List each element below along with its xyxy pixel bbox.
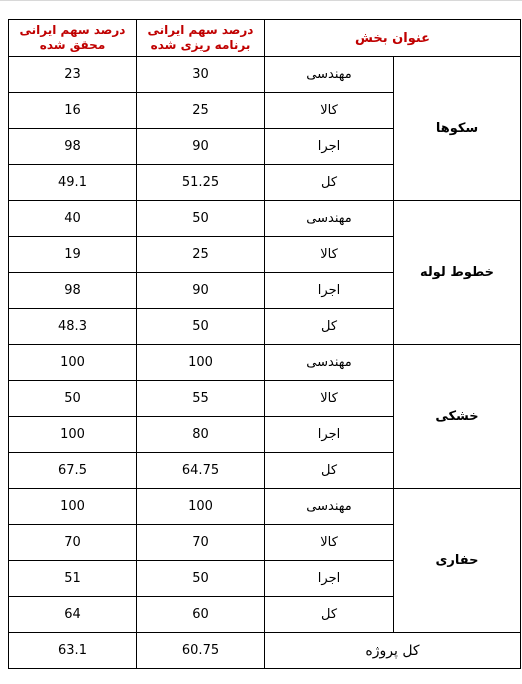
planned-cell: 70 (137, 525, 265, 561)
planned-cell: 100 (137, 345, 265, 381)
actual-cell: 98 (9, 273, 137, 309)
table-row: 40 50 مهندسی خطوط لوله (9, 201, 521, 237)
total-planned-cell: 60.75 (137, 633, 265, 669)
item-cell: کل (265, 309, 394, 345)
top-divider (0, 0, 522, 1)
planned-cell: 80 (137, 417, 265, 453)
item-cell: کالا (265, 93, 394, 129)
table-row: 23 30 مهندسی سکوها (9, 57, 521, 93)
planned-cell: 25 (137, 93, 265, 129)
actual-cell: 98 (9, 129, 137, 165)
header-actual-line2: محقق شده (9, 38, 136, 53)
item-cell: اجرا (265, 129, 394, 165)
item-cell: کل (265, 165, 394, 201)
header-planned-line1: درصد سهم ایرانی (137, 23, 264, 38)
header-actual-line1: درصد سهم ایرانی (9, 23, 136, 38)
header-planned: درصد سهم ایرانی برنامه ریزی شده (137, 20, 265, 57)
actual-cell: 50 (9, 381, 137, 417)
table-row: 100 100 مهندسی حفاری (9, 489, 521, 525)
planned-cell: 25 (137, 237, 265, 273)
actual-cell: 16 (9, 93, 137, 129)
group-cell: خشکی (394, 345, 521, 489)
item-cell: کالا (265, 525, 394, 561)
actual-cell: 48.3 (9, 309, 137, 345)
planned-cell: 30 (137, 57, 265, 93)
group-cell: خطوط لوله (394, 201, 521, 345)
actual-cell: 64 (9, 597, 137, 633)
actual-cell: 67.5 (9, 453, 137, 489)
group-cell: حفاری (394, 489, 521, 633)
total-actual-cell: 63.1 (9, 633, 137, 669)
planned-cell: 64.75 (137, 453, 265, 489)
actual-cell: 100 (9, 345, 137, 381)
actual-cell: 70 (9, 525, 137, 561)
total-row: 63.1 60.75 کل پروژه (9, 633, 521, 669)
actual-cell: 40 (9, 201, 137, 237)
table-row: 100 100 مهندسی خشکی (9, 345, 521, 381)
total-label-cell: کل پروژه (265, 633, 521, 669)
item-cell: کالا (265, 237, 394, 273)
header-row: درصد سهم ایرانی محقق شده درصد سهم ایرانی… (9, 20, 521, 57)
planned-cell: 60 (137, 597, 265, 633)
item-cell: مهندسی (265, 57, 394, 93)
actual-cell: 100 (9, 489, 137, 525)
group-cell: سکوها (394, 57, 521, 201)
planned-cell: 50 (137, 201, 265, 237)
actual-cell: 19 (9, 237, 137, 273)
actual-cell: 49.1 (9, 165, 137, 201)
planned-cell: 55 (137, 381, 265, 417)
item-cell: مهندسی (265, 345, 394, 381)
planned-cell: 100 (137, 489, 265, 525)
planned-cell: 51.25 (137, 165, 265, 201)
item-cell: کالا (265, 381, 394, 417)
iranian-share-table: درصد سهم ایرانی محقق شده درصد سهم ایرانی… (8, 19, 521, 669)
actual-cell: 51 (9, 561, 137, 597)
planned-cell: 50 (137, 561, 265, 597)
item-cell: اجرا (265, 417, 394, 453)
item-cell: اجرا (265, 561, 394, 597)
planned-cell: 90 (137, 273, 265, 309)
header-planned-line2: برنامه ریزی شده (137, 38, 264, 53)
actual-cell: 23 (9, 57, 137, 93)
header-section: عنوان بخش (265, 20, 521, 57)
item-cell: کل (265, 453, 394, 489)
planned-cell: 90 (137, 129, 265, 165)
item-cell: مهندسی (265, 489, 394, 525)
item-cell: کل (265, 597, 394, 633)
actual-cell: 100 (9, 417, 137, 453)
header-actual: درصد سهم ایرانی محقق شده (9, 20, 137, 57)
planned-cell: 50 (137, 309, 265, 345)
item-cell: اجرا (265, 273, 394, 309)
item-cell: مهندسی (265, 201, 394, 237)
